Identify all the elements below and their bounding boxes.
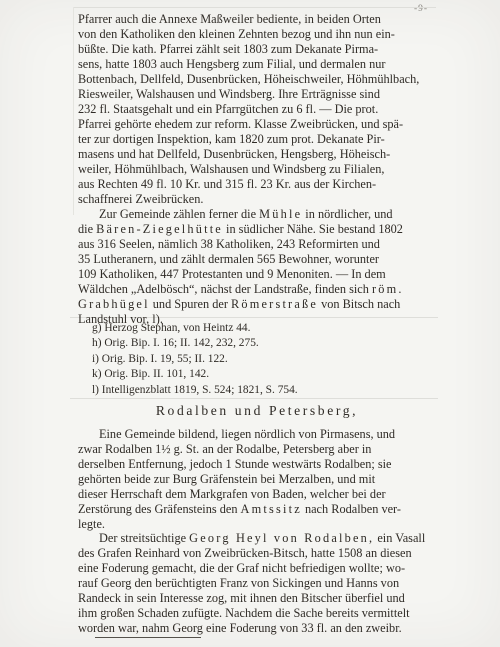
text-line: von den Katholiken den kleinen Zehnten b… [78,27,436,42]
text-line: ter zur dortigen Inspektion, kam 1820 zu… [78,132,436,147]
emphasized-text: Römerstraße [231,297,318,311]
footnote-line: k) Orig. Bip. II. 101, 142. [92,367,436,382]
scanned-book-page: -9- Pfarrer auch die Annexe Maßweiler be… [0,0,500,647]
text-line: aus 316 Seelen, nämlich 38 Katholiken, 2… [78,237,436,252]
text-line: Pfarrei gehörte ehedem zur reform. Klass… [78,117,436,132]
footnote-line: i) Orig. Bip. I. 19, 55; II. 122. [92,352,436,367]
text-line: eine Foderung gemacht, die der Graf nich… [78,561,436,576]
footnote-line: h) Orig. Bip. I. 16; II. 142, 232, 275. [92,336,436,351]
emphasized-text: Georg Heyl von Rodalben, [189,531,374,545]
text-line: Pfarrer auch die Annexe Maßweiler bedien… [78,12,436,27]
section-paragraph-georg-heyl: Der streitsüchtige Georg Heyl von Rodalb… [78,531,436,636]
scan-artifact-line-left [73,7,74,215]
text-line: zwar Rodalben 1½ g. St. an der Rodalbe, … [78,442,436,457]
text-line: legte. [78,517,436,532]
section-paragraph-rodalben: Eine Gemeinde bildend, liegen nördlich v… [78,427,436,532]
footnote-separator-rule [95,637,201,638]
scan-artifact-line-top [74,7,436,8]
text-line: Der streitsüchtige Georg Heyl von Rodalb… [78,531,436,546]
text-line: Grabhügel und Spuren der Römerstraße von… [78,297,436,312]
emphasized-text: Grabhügel [78,297,150,311]
emphasized-text: Mühle [259,207,302,221]
text-line: sens, hatte 1803 auch Hengsberg zum Fili… [78,57,436,72]
footnote-line: l) Intelligenzblatt 1819, S. 524; 1821, … [92,383,436,398]
text-line: Wäldchen „Adelbösch“, nächst der Landstr… [78,282,436,297]
text-line: Zerstörung des Gräfensteins den Amtssitz… [78,502,436,517]
text-line: 109 Katholiken, 447 Protestanten und 9 M… [78,267,436,282]
text-line: schaffnerei Zweibrücken. [78,192,436,207]
opening-paragraph: Pfarrer auch die Annexe Maßweiler bedien… [78,12,436,207]
community-paragraph: Zur Gemeinde zählen ferner die Mühle in … [78,207,436,327]
footnotes-block: g) Herzog Stephan, von Heintz 44.h) Orig… [92,321,436,398]
section-heading: Rodalben und Petersberg, [78,401,436,421]
text-line: büßte. Die kath. Pfarrei zählt seit 1803… [78,42,436,57]
text-line: masens und hat Dellfeld, Dusenbrücken, H… [78,147,436,162]
text-line: Riesweiler, Walshausen und Windsberg. Ih… [78,87,436,102]
emphasized-text: Bären-Ziegelhütte [96,222,223,236]
text-line: 35 Lutheranern, und zählt dermalen 565 B… [78,252,436,267]
text-line: 232 fl. Staatsgehalt und ein Pfarrgütche… [78,102,436,117]
emphasized-text: röm. [372,282,404,296]
text-line: die Bären-Ziegelhütte in südlicher Nähe.… [78,222,436,237]
text-line: Bottenbach, Dellfeld, Dusenbrücken, Höhe… [78,72,436,87]
text-line: Eine Gemeinde bildend, liegen nördlich v… [78,427,436,442]
text-line: Zur Gemeinde zählen ferner die Mühle in … [78,207,436,222]
emphasized-text: Amtssitz [241,502,302,516]
footnote-line: g) Herzog Stephan, von Heintz 44. [92,321,436,336]
text-line: Randeck in sein Interesse zog, mit ihnen… [78,591,436,606]
text-line: weiler, Höhmühlbach, Walshausen und Wind… [78,162,436,177]
scan-artifact-line-footnotes-bottom [70,398,438,399]
text-line: ihm großen Schaden zufügte. Nachdem die … [78,606,436,621]
text-line: gehörten beide zur Burg Gräfenstein bei … [78,472,436,487]
text-line: derselben Entfernung, jedoch 1 Stunde we… [78,457,436,472]
text-line: des Grafen Reinhard von Zweibrücken-Bits… [78,546,436,561]
text-line: dieser Herrschaft dem Markgrafen von Bad… [78,487,436,502]
text-line: aus Rechten 49 fl. 10 Kr. und 315 fl. 23… [78,177,436,192]
text-line: rauf Georg den berüchtigten Franz von Si… [78,576,436,591]
text-line: worden war, nahm Georg eine Foderung von… [78,621,436,636]
